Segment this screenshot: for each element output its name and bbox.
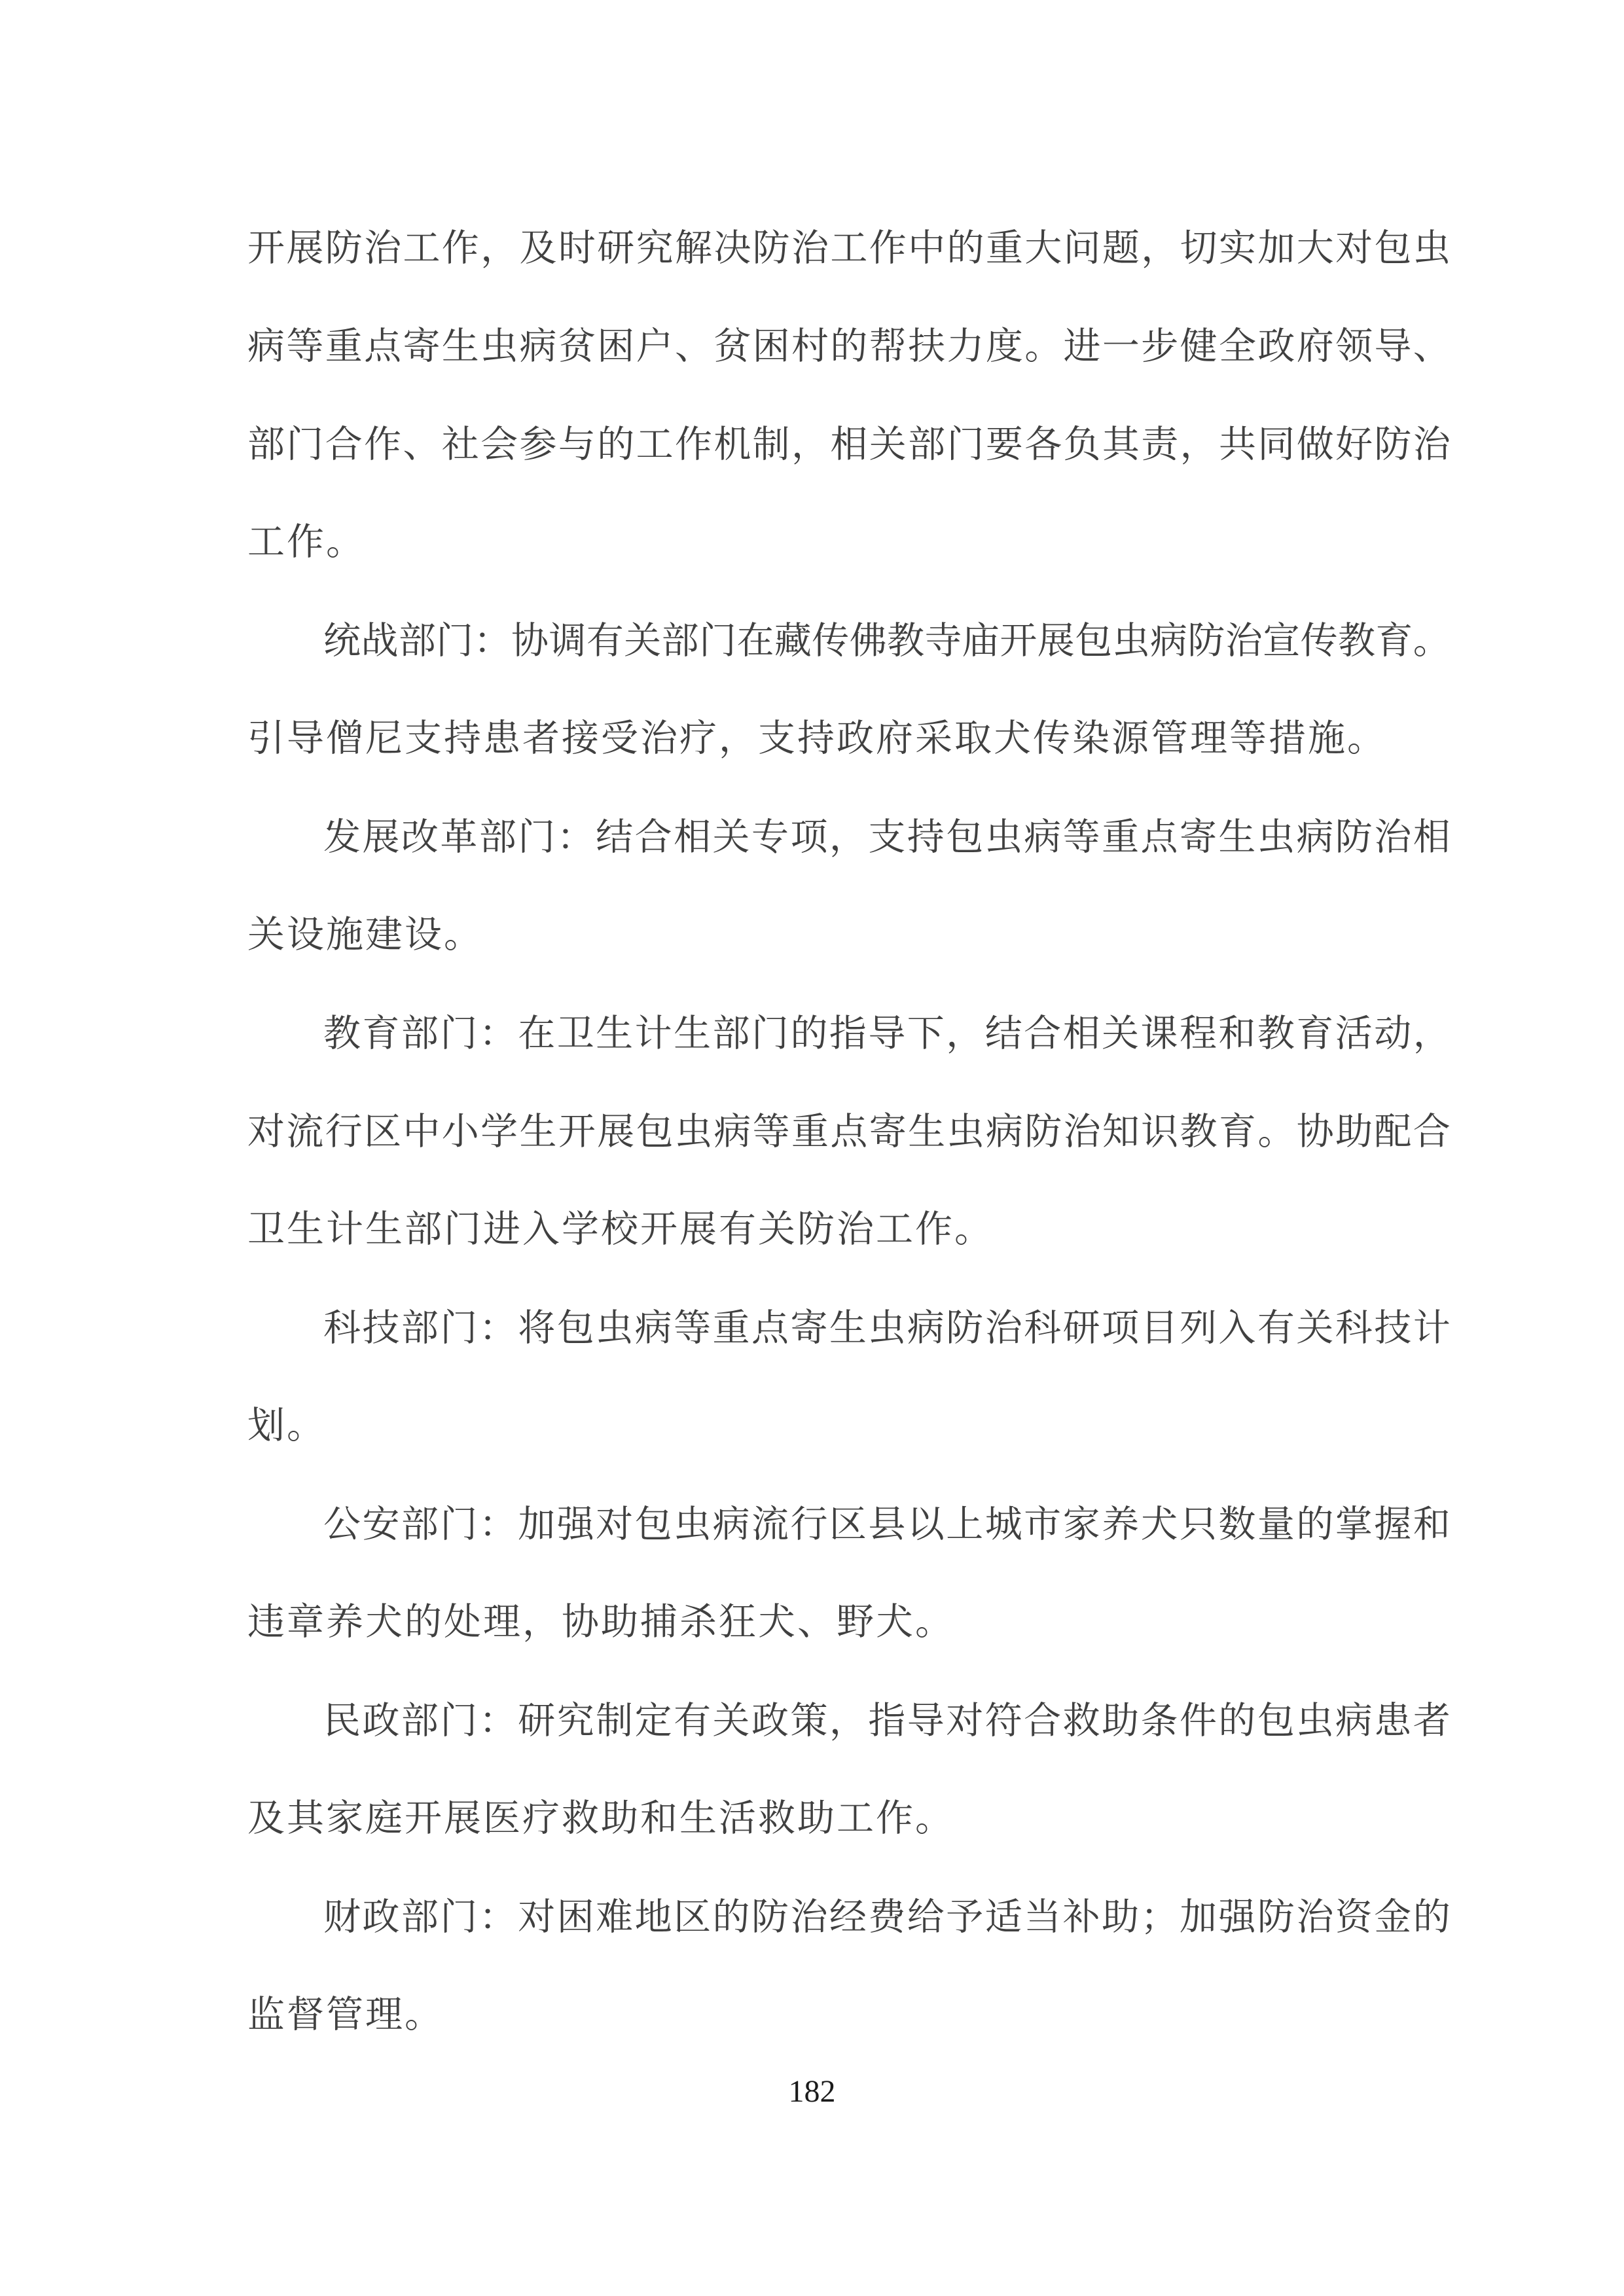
- text-line: 对流行区中小学生开展包虫病等重点寄生虫病防治知识教育。协助配合: [247, 1083, 1451, 1181]
- text-line: 关设施建设。: [247, 886, 1451, 984]
- text-line: 划。: [247, 1377, 1451, 1475]
- text-line: 违章养犬的处理，协助捕杀狂犬、野犬。: [247, 1573, 1451, 1672]
- text-line: 发展改革部门：结合相关专项，支持包虫病等重点寄生虫病防治相: [247, 788, 1451, 886]
- text-line: 监督管理。: [247, 1966, 1451, 2064]
- text-line: 财政部门：对困难地区的防治经费给予适当补助；加强防治资金的: [247, 1868, 1451, 1966]
- text-line: 工作。: [247, 493, 1451, 592]
- page-number: 182: [0, 2076, 1624, 2108]
- document-page: 开展防治工作，及时研究解决防治工作中的重大问题，切实加大对包虫病等重点寄生虫病贫…: [0, 0, 1624, 2296]
- text-line: 公安部门：加强对包虫病流行区县以上城市家养犬只数量的掌握和: [247, 1475, 1451, 1573]
- text-line: 教育部门：在卫生计生部门的指导下，结合相关课程和教育活动，: [247, 984, 1451, 1083]
- text-body: 开展防治工作，及时研究解决防治工作中的重大问题，切实加大对包虫病等重点寄生虫病贫…: [247, 199, 1451, 2064]
- text-line: 开展防治工作，及时研究解决防治工作中的重大问题，切实加大对包虫: [247, 199, 1451, 297]
- text-line: 及其家庭开展医疗救助和生活救助工作。: [247, 1770, 1451, 1868]
- text-line: 病等重点寄生虫病贫困户、贫困村的帮扶力度。进一步健全政府领导、: [247, 297, 1451, 395]
- text-line: 卫生计生部门进入学校开展有关防治工作。: [247, 1181, 1451, 1279]
- text-line: 部门合作、社会参与的工作机制，相关部门要各负其责，共同做好防治: [247, 395, 1451, 493]
- text-line: 民政部门：研究制定有关政策，指导对符合救助条件的包虫病患者: [247, 1672, 1451, 1770]
- text-line: 科技部门：将包虫病等重点寄生虫病防治科研项目列入有关科技计: [247, 1279, 1451, 1377]
- text-line: 引导僧尼支持患者接受治疗，支持政府采取犬传染源管理等措施。: [247, 690, 1451, 788]
- text-line: 统战部门：协调有关部门在藏传佛教寺庙开展包虫病防治宣传教育。: [247, 592, 1451, 690]
